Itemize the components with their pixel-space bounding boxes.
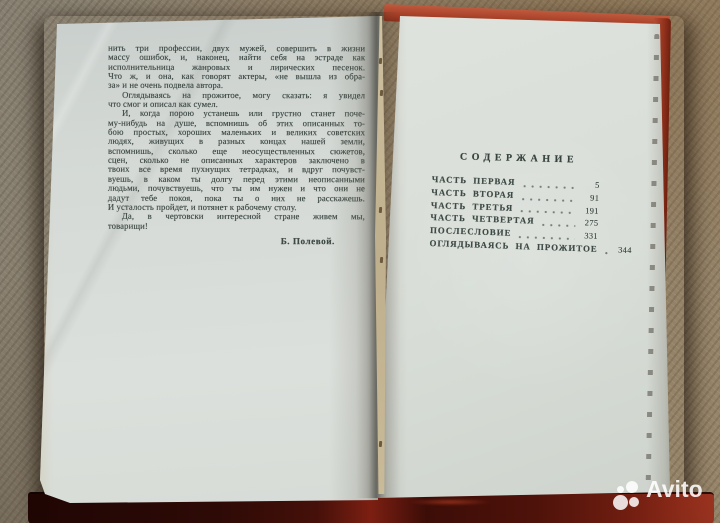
toc-entry-label: ЧАСТЬ ТРЕТЬЯ xyxy=(431,200,514,213)
author-signature: Б. Полевой. xyxy=(108,237,365,247)
toc-entry-page-number: 91 xyxy=(579,192,599,203)
toc-entry-page-number: 331 xyxy=(578,230,598,241)
avito-logo-icon xyxy=(629,497,639,507)
avito-watermark: Avito xyxy=(604,472,720,518)
avito-logo-icon xyxy=(626,481,638,493)
text-line: нить три профессии, двух мужей, совершит… xyxy=(108,44,365,54)
text-line: Да, в чертовски интересной стране живем … xyxy=(108,212,365,222)
toc-entry-page-number: 344 xyxy=(612,244,632,255)
toc-leader-dots xyxy=(520,183,576,191)
text-line: товарищи! xyxy=(108,221,365,231)
right-page: СОДЕРЖАНИЕ ЧАСТЬ ПЕРВАЯ5ЧАСТЬ ВТОРАЯ91ЧА… xyxy=(374,10,674,502)
text-line: исполнительница жанровых и лирических пе… xyxy=(108,62,365,72)
toc-leader-dots xyxy=(518,208,576,216)
binding-stitch xyxy=(380,257,383,263)
toc-entry: ОГЛЯДЫВАЯСЬ НА ПРОЖИТОЕ344 xyxy=(429,238,597,257)
text-line: вуешь, в каком ты долгу перед этими неоп… xyxy=(108,175,365,185)
text-line: Оглядываясь на прожитое, могу сказать: я… xyxy=(108,90,365,100)
toc-entry-page-number: 275 xyxy=(578,218,598,229)
binding-stitch xyxy=(380,90,383,96)
text-line: твоих все время пухнущих тетрадках, и вд… xyxy=(108,165,365,175)
avito-wordmark: Avito xyxy=(646,476,703,502)
binding-stitch xyxy=(379,441,382,447)
toc-entry: ЧАСТЬ ЧЕТВЕРТАЯ275 xyxy=(430,212,598,231)
text-line: И усталость пройдет, и потянет к рабочем… xyxy=(108,203,365,213)
toc-entries: ЧАСТЬ ПЕРВАЯ5ЧАСТЬ ВТОРАЯ91ЧАСТЬ ТРЕТЬЯ1… xyxy=(429,174,600,257)
toc-entry-label: ПОСЛЕСЛОВИЕ xyxy=(430,225,512,238)
text-line: И, когда порою устанешь или грустно стан… xyxy=(108,109,365,119)
toc-entry-label: ЧАСТЬ ПЕРВАЯ xyxy=(432,174,516,187)
toc-entry-label: ОГЛЯДЫВАЯСЬ НА ПРОЖИТОЕ xyxy=(429,238,598,254)
text-line: вспомнишь, сколько еще неосуществленных … xyxy=(108,147,365,157)
binding-stitch xyxy=(379,58,382,64)
toc-entry: ЧАСТЬ ПЕРВАЯ5 xyxy=(432,174,600,193)
toc-leader-dots xyxy=(603,250,609,256)
toc-leader-dots xyxy=(519,196,576,204)
binding-stitch xyxy=(379,207,382,213)
text-line: что смог и описал как сумел. xyxy=(108,100,365,110)
text-line: людях, живущих в разных концах нашей зем… xyxy=(108,137,365,147)
toc-heading: СОДЕРЖАНИЕ xyxy=(434,151,604,166)
toc-entry: ЧАСТЬ ВТОРАЯ91 xyxy=(431,187,599,206)
toc-entry: ПОСЛЕСЛОВИЕ331 xyxy=(430,225,598,244)
text-line: за» и не очень подвела автора. xyxy=(108,81,365,91)
cover-highlight xyxy=(392,497,508,507)
toc-entry-label: ЧАСТЬ ЧЕТВЕРТАЯ xyxy=(430,212,534,226)
toc-entry-page-number: 191 xyxy=(579,205,599,216)
text-line: массу ошибок, и, наконец, найти себя на … xyxy=(108,53,365,63)
text-line: дадут тебе покоя, пока ты о них не расск… xyxy=(108,193,365,203)
text-line: бою простых, хороших маленьких и великих… xyxy=(108,128,365,138)
toc-leader-dots xyxy=(516,234,575,242)
avito-logo-icon xyxy=(617,486,624,493)
left-page: нить три профессии, двух мужей, совершит… xyxy=(40,14,380,504)
text-line: людьми, почувствуешь, что ты им нужен и … xyxy=(108,184,365,194)
avito-logo-icon xyxy=(613,495,628,510)
toc-entry-page-number: 5 xyxy=(580,179,600,190)
toc-entry: ЧАСТЬ ТРЕТЬЯ191 xyxy=(431,200,599,219)
toc-entry-label: ЧАСТЬ ВТОРАЯ xyxy=(431,187,514,200)
toc-leader-dots xyxy=(539,222,575,229)
text-line: Что ж, и она, как говорят актеры, «не вы… xyxy=(108,72,365,82)
text-line: сцен, сколько не описанных характеров за… xyxy=(108,156,365,166)
book-photo: нить три профессии, двух мужей, совершит… xyxy=(0,0,720,523)
left-page-text: нить три профессии, двух мужей, совершит… xyxy=(108,44,365,247)
text-line: му-нибудь на душе, вспомнишь об этих опи… xyxy=(108,119,365,129)
